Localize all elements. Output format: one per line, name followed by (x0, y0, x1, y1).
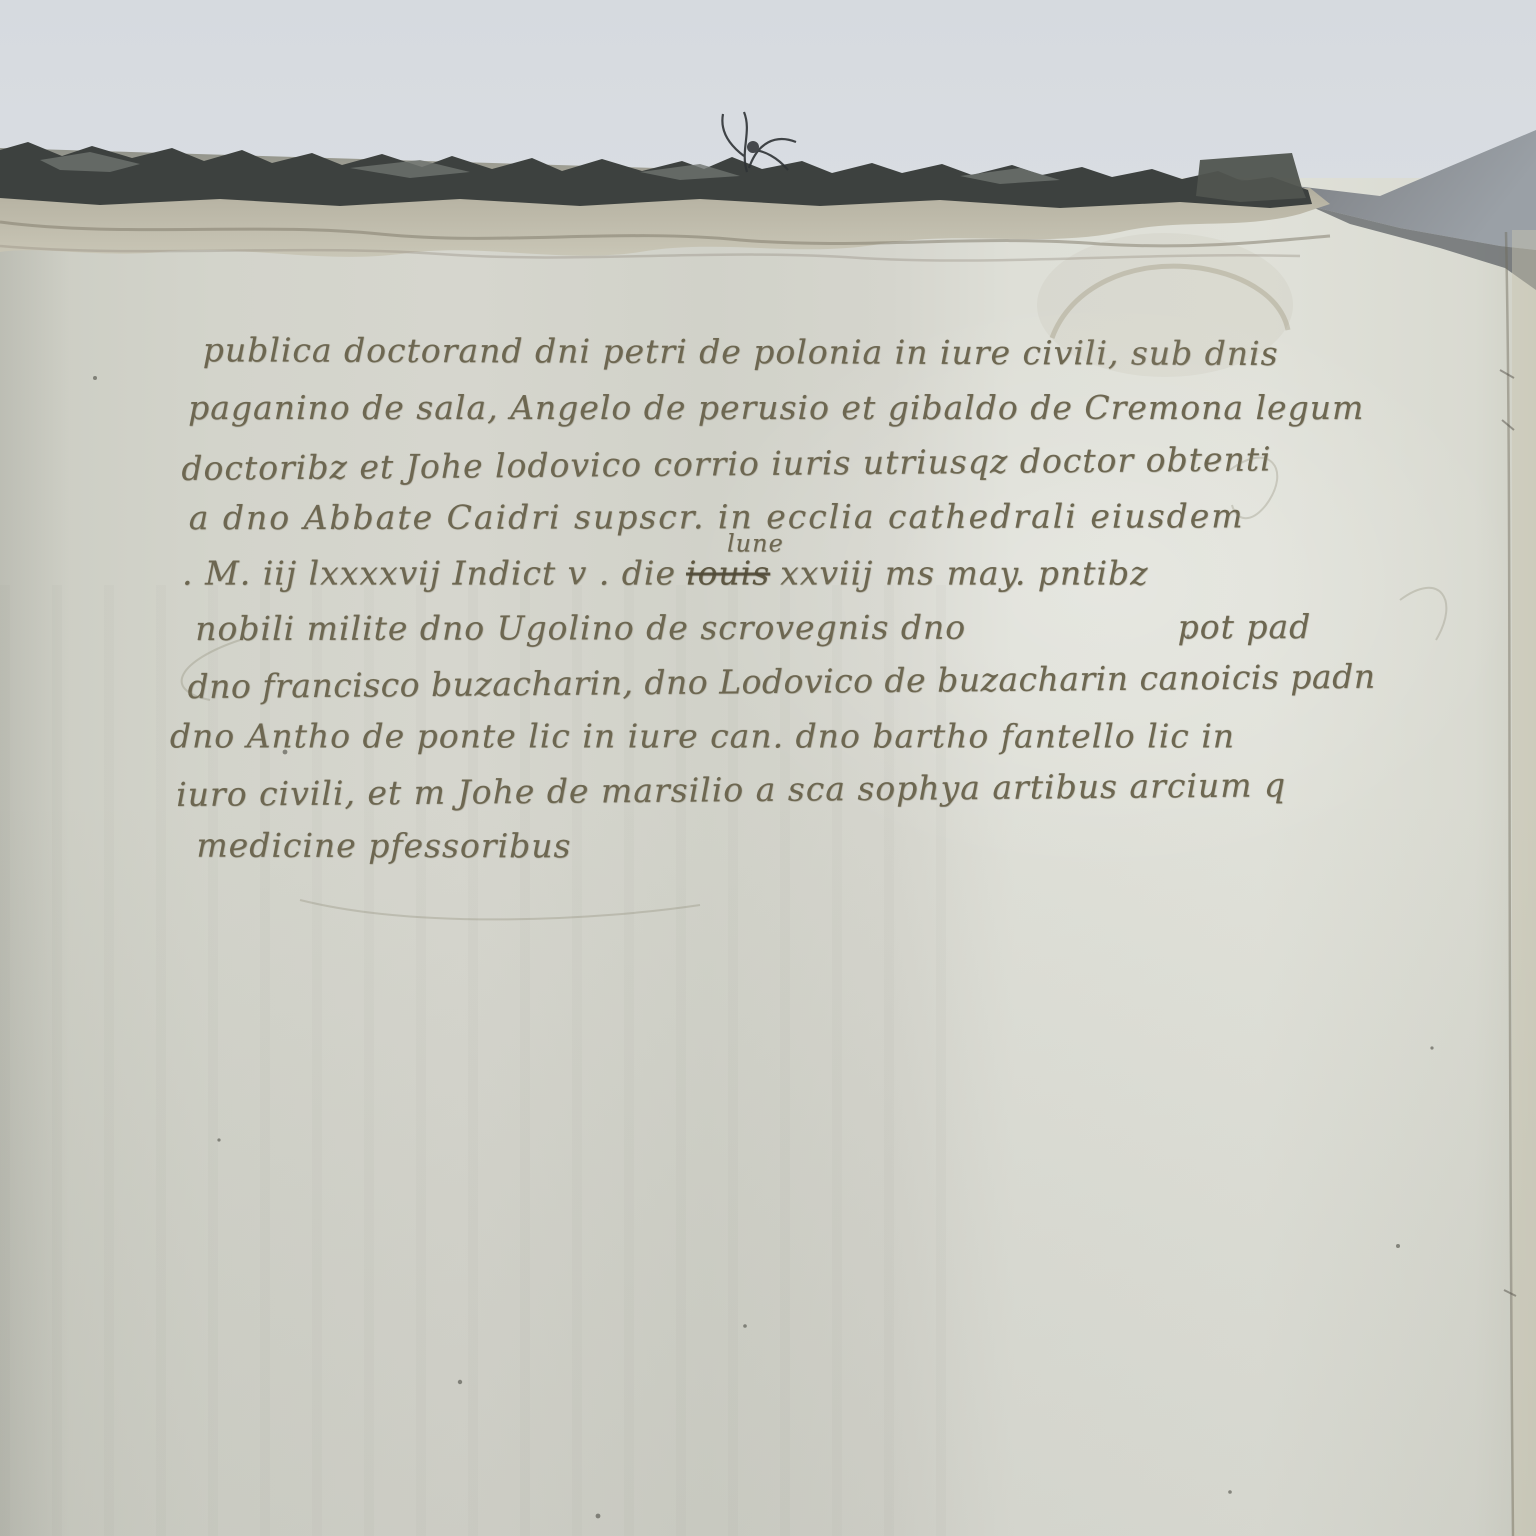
page-right-edge (1500, 230, 1536, 1536)
torn-edge-tab (1196, 153, 1306, 202)
paper-specks (93, 376, 1434, 1518)
photo-details-overlay (0, 0, 1536, 1536)
photograph-of-manuscript: { "document": { "kind": "medieval manusc… (0, 0, 1536, 1536)
faint-flourishes (182, 458, 1447, 920)
water-stain (1037, 233, 1293, 377)
